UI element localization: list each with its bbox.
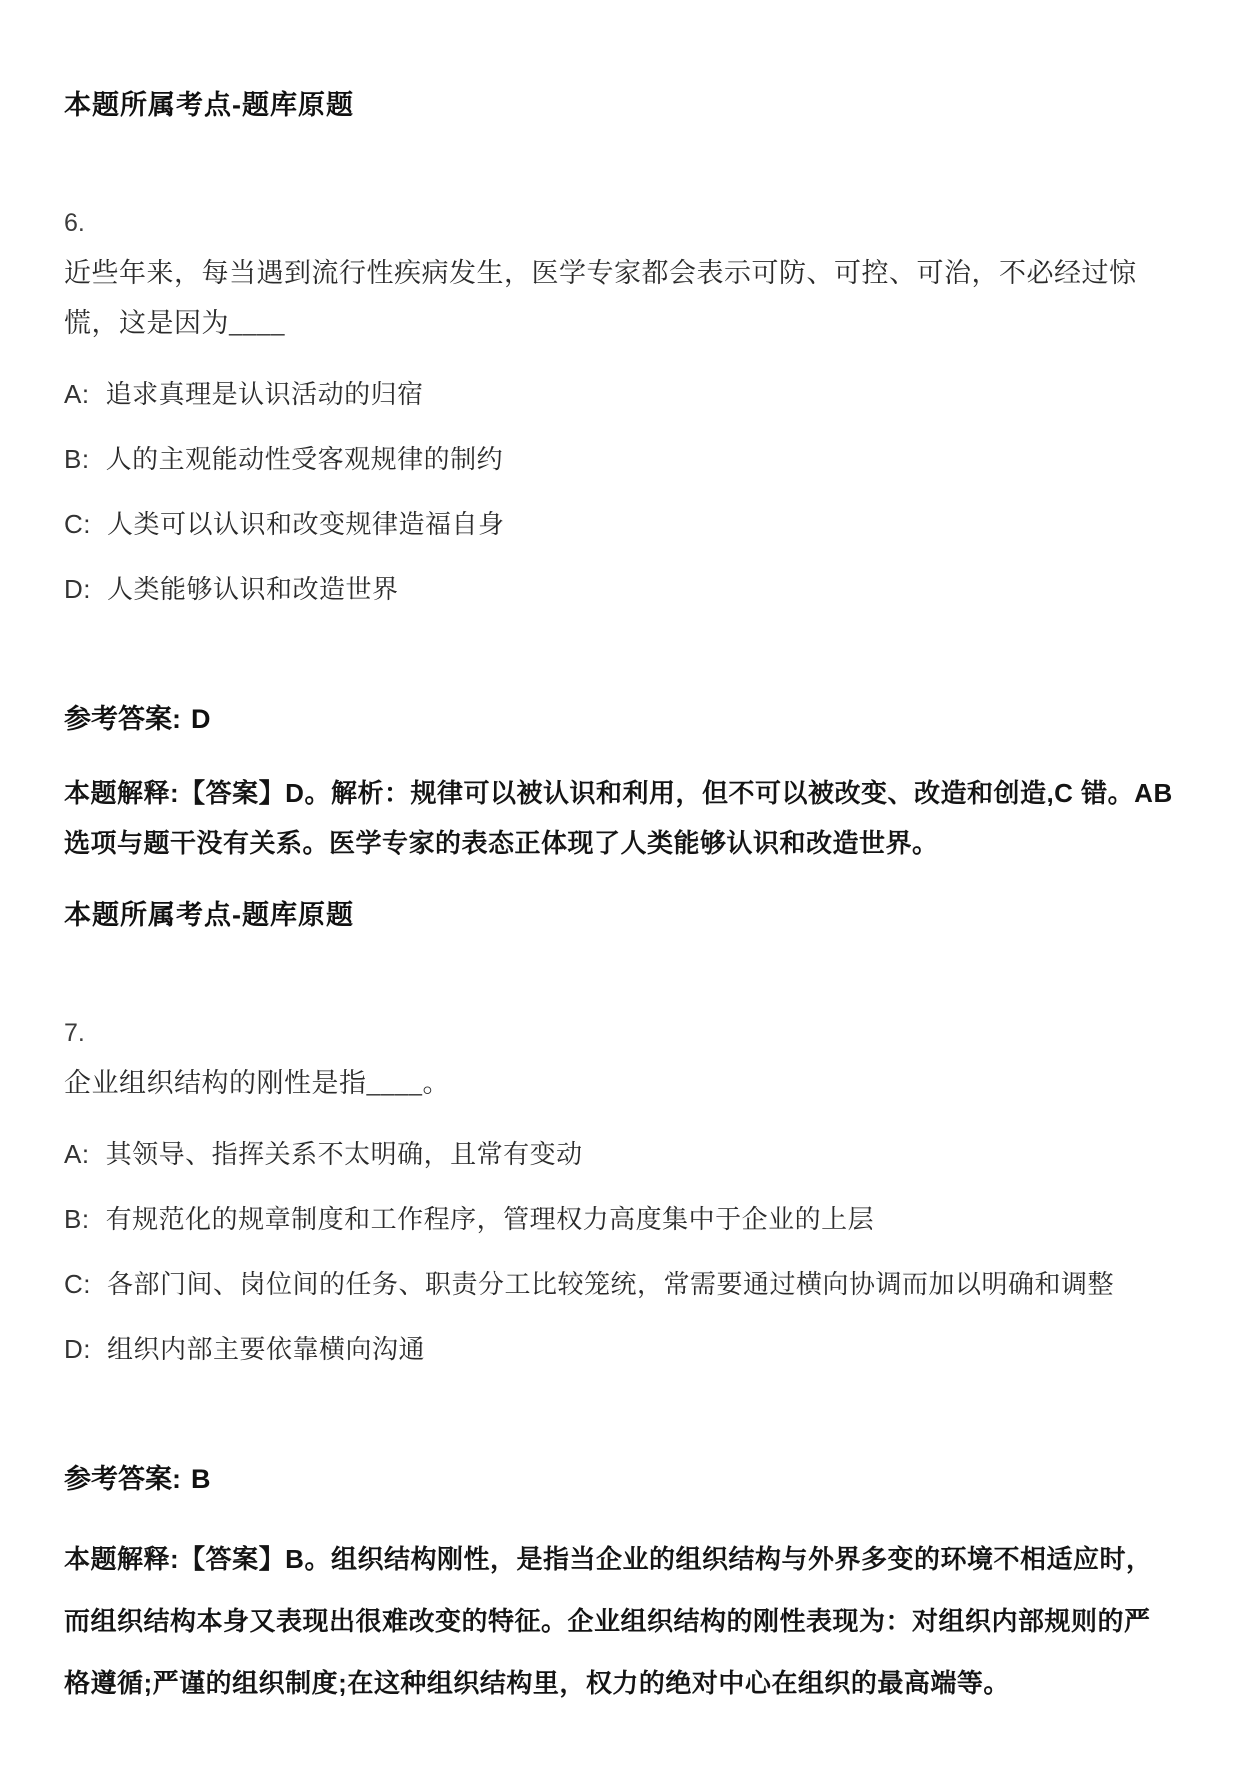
explanation-paragraph: 本题解释:【答案】D。解析：规律可以被认识和利用，但不可以被改变、改造和创造,C… — [64, 768, 1176, 868]
question-number: 7. — [64, 1018, 1176, 1048]
exam-document-page: 本题所属考点-题库原题 6. 近些年来，每当遇到流行性疾病发生，医学专家都会表示… — [0, 0, 1240, 1784]
option-b-label: B: — [64, 444, 90, 474]
reference-answer-line: 参考答案:B — [64, 1462, 1176, 1496]
question-stem: 企业组织结构的刚性是指____。 — [64, 1058, 1176, 1108]
option-b: B:人的主观能动性受客观规律的制约 — [64, 443, 1176, 476]
explanation-label: 本题解释: — [64, 778, 179, 808]
option-d-label: D: — [64, 1334, 91, 1364]
option-d-text: 组织内部主要依靠横向沟通 — [107, 1335, 425, 1364]
option-d-text: 人类能够认识和改造世界 — [107, 575, 399, 604]
question-7-section: 本题所属考点-题库原题 7. 企业组织结构的刚性是指____。 A:其领导、指挥… — [64, 898, 1176, 1714]
explanation-text: 【答案】D。解析：规律可以被认识和利用，但不可以被改变、改造和创造,C 错。AB… — [64, 778, 1173, 858]
option-c-label: C: — [64, 1269, 91, 1299]
options-list: A:其领导、指挥关系不太明确，且常有变动 B:有规范化的规章制度和工作程序，管理… — [64, 1138, 1176, 1366]
option-b-text: 有规范化的规章制度和工作程序，管理权力高度集中于企业的上层 — [106, 1205, 875, 1234]
reference-answer-value: D — [191, 704, 211, 734]
question-stem: 近些年来，每当遇到流行性疾病发生，医学专家都会表示可防、可控、可治，不必经过惊慌… — [64, 248, 1176, 348]
option-b-label: B: — [64, 1204, 90, 1234]
option-d: D:组织内部主要依靠横向沟通 — [64, 1333, 1176, 1366]
option-a-label: A: — [64, 379, 90, 409]
option-b-text: 人的主观能动性受客观规律的制约 — [106, 445, 504, 474]
options-list: A:追求真理是认识活动的归宿 B:人的主观能动性受客观规律的制约 C:人类可以认… — [64, 378, 1176, 606]
topic-heading: 本题所属考点-题库原题 — [64, 898, 1176, 932]
reference-answer-line: 参考答案:D — [64, 702, 1176, 736]
option-c-text: 人类可以认识和改变规律造福自身 — [107, 510, 505, 539]
topic-heading: 本题所属考点-题库原题 — [64, 88, 1176, 122]
explanation-paragraph: 本题解释:【答案】B。组织结构刚性，是指当企业的组织结构与外界多变的环境不相适应… — [64, 1528, 1176, 1714]
option-b: B:有规范化的规章制度和工作程序，管理权力高度集中于企业的上层 — [64, 1203, 1176, 1236]
option-a-label: A: — [64, 1139, 90, 1169]
option-c-text: 各部门间、岗位间的任务、职责分工比较笼统，常需要通过横向协调而加以明确和调整 — [107, 1270, 1114, 1299]
option-a: A:追求真理是认识活动的归宿 — [64, 378, 1176, 411]
option-d-label: D: — [64, 574, 91, 604]
explanation-text: 【答案】B。组织结构刚性，是指当企业的组织结构与外界多变的环境不相适应时，而组织… — [64, 1544, 1152, 1698]
option-a: A:其领导、指挥关系不太明确，且常有变动 — [64, 1138, 1176, 1171]
question-number: 6. — [64, 208, 1176, 238]
option-a-text: 其领导、指挥关系不太明确，且常有变动 — [106, 1140, 583, 1169]
question-6-section: 本题所属考点-题库原题 6. 近些年来，每当遇到流行性疾病发生，医学专家都会表示… — [64, 88, 1176, 868]
reference-answer-label: 参考答案: — [64, 704, 181, 734]
option-c: C:人类可以认识和改变规律造福自身 — [64, 508, 1176, 541]
option-a-text: 追求真理是认识活动的归宿 — [106, 380, 424, 409]
explanation-label: 本题解释: — [64, 1544, 179, 1574]
option-c-label: C: — [64, 509, 91, 539]
option-d: D:人类能够认识和改造世界 — [64, 573, 1176, 606]
option-c: C:各部门间、岗位间的任务、职责分工比较笼统，常需要通过横向协调而加以明确和调整 — [64, 1268, 1176, 1301]
reference-answer-label: 参考答案: — [64, 1464, 181, 1494]
reference-answer-value: B — [191, 1464, 211, 1494]
